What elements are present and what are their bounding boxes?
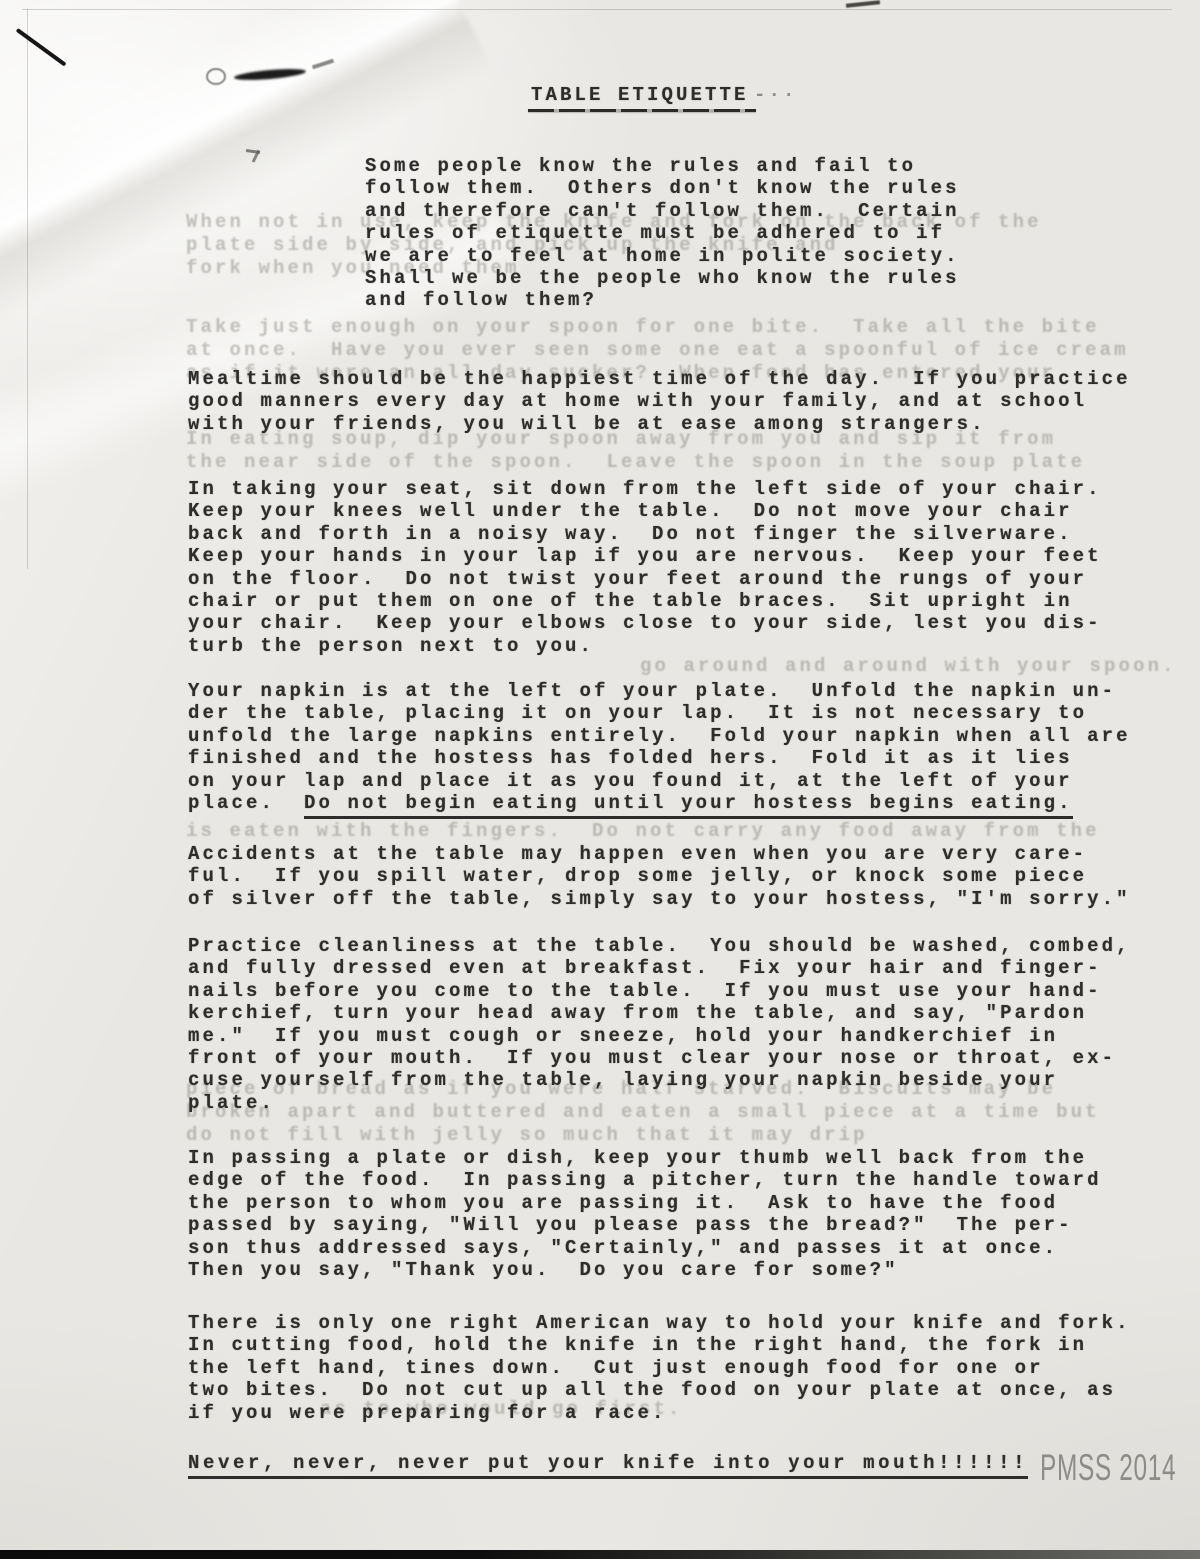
scanned-document-page: When not in use, keep the knife and fork… [0,0,1200,1559]
paragraph-taking-seat: In taking your seat, sit down from the l… [188,478,1102,657]
scan-edge-strip [0,1550,1200,1559]
paragraph-napkin-underlined-rule: Do not begin eating until your hostess b… [304,792,1073,819]
document-title: TABLE ETIQUETTE [531,84,749,106]
pmss-watermark: PMSS 2014 [1040,1447,1176,1489]
paragraph-mealtime: Mealtime should be the happiest time of … [188,368,1131,435]
bleedthrough-line: go around and around with your spoon. Da… [640,655,1200,677]
intro-paragraph: Some people know the rules and fail to f… [365,155,960,312]
bleedthrough-line: is eaten with the fingers. Do not carry … [186,820,1100,842]
paragraph-passing-food: In passing a plate or dish, keep your th… [188,1147,1102,1281]
bleedthrough-line: Take just enough on your spoon for one b… [186,316,1100,338]
page-edge-line [22,9,1172,10]
paragraph-knife-and-fork: There is only one right American way to … [188,1312,1131,1424]
bleedthrough-line: at once. Have you ever seen some one eat… [186,339,1129,361]
paragraph-cleanliness: Practice cleanliness at the table. You s… [188,935,1131,1114]
bleedthrough-line: do not fill with jelly so much that it m… [186,1124,868,1146]
paragraph-accidents: Accidents at the table may happen even w… [188,843,1131,910]
bleedthrough-line: the near side of the spoon. Leave the sp… [186,451,1085,473]
paragraph-napkin: Your napkin is at the left of your plate… [188,680,1131,814]
page-edge-line [27,9,28,569]
closing-warning-line: Never, never, never put your knife into … [188,1452,1028,1474]
title-trailing-dashes: -·· [754,84,798,106]
ink-smudge [846,0,880,8]
ink-smudge [206,68,226,85]
closing-warning-underlined: Never, never, never put your knife into … [188,1452,1028,1479]
title-underline [528,109,756,112]
ink-stroke-mark [16,28,67,67]
